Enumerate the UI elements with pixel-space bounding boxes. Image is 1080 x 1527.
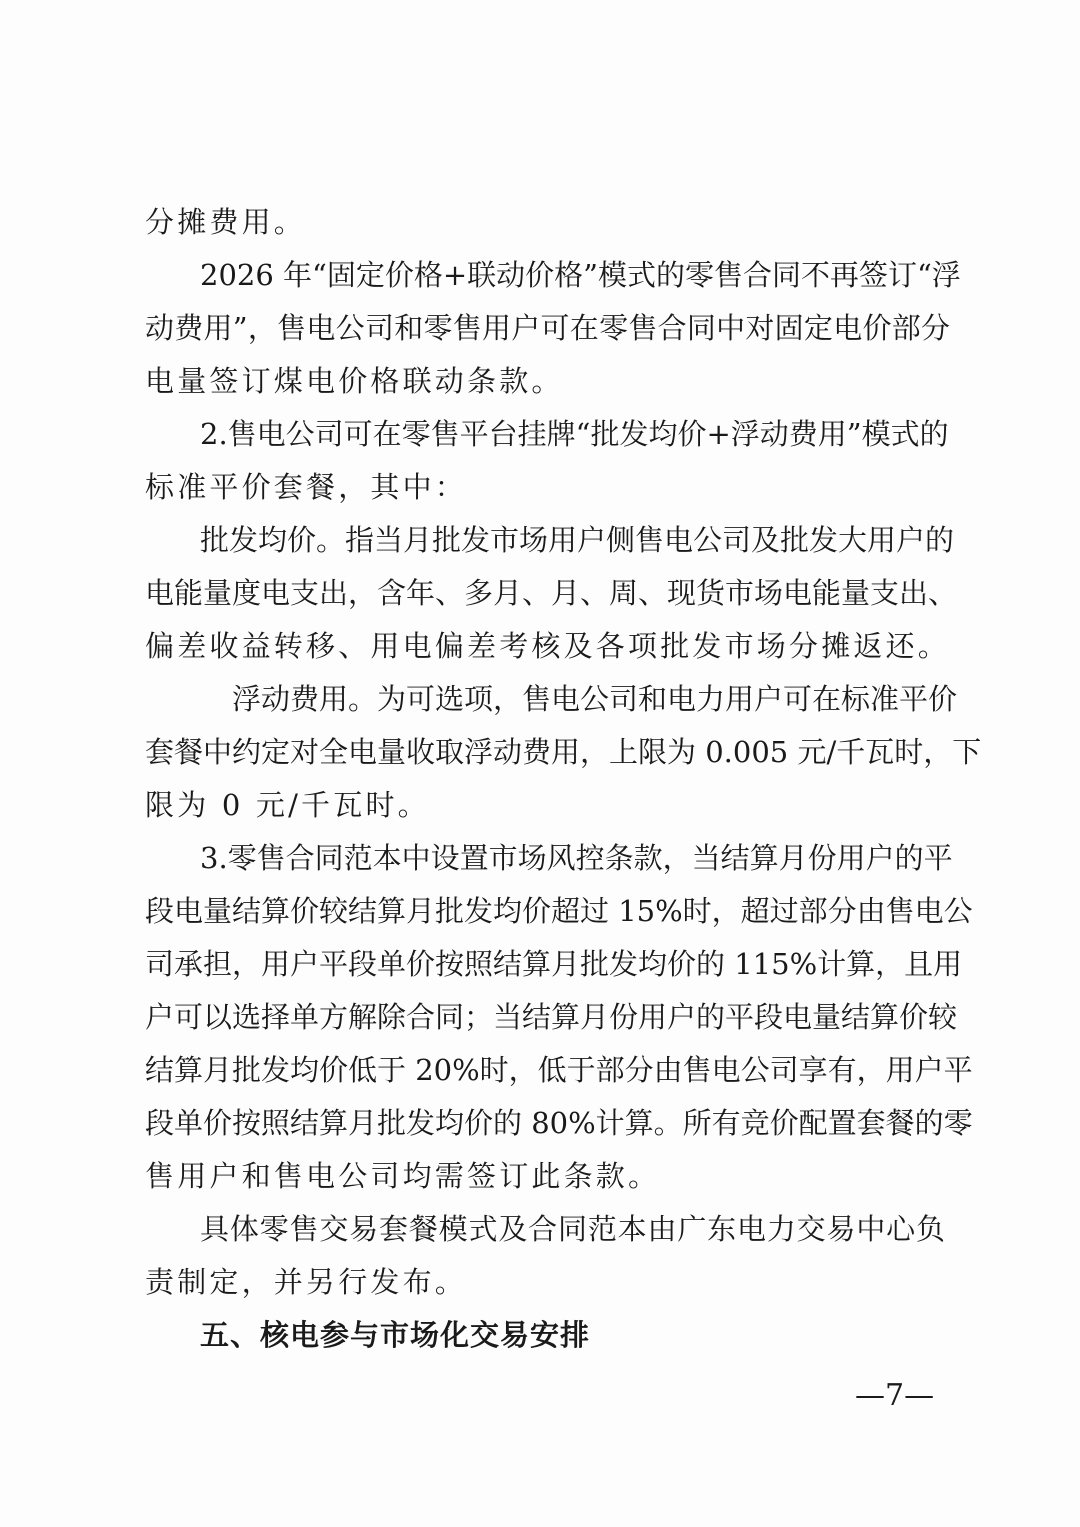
text-line: 司承担，用户平段单价按照结算月批发均价的 115%计算，且用 [145,944,950,984]
text-line: 电量签订煤电价格联动条款。 [145,361,950,401]
text-line: 售用户和售电公司均需签订此条款。 [145,1156,950,1196]
text-line: 偏差收益转移、用电偏差考核及各项批发市场分摊返还。 [145,626,950,666]
paragraph-start-line: 具体零售交易套餐模式及合同范本由广东电力交易中心负 [200,1209,945,1249]
text-line: 段单价按照结算月批发均价的 80%计算。所有竞价配置套餐的零 [145,1103,950,1143]
text-line: 标准平价套餐，其中： [145,467,950,507]
text-line: 动费用”，售电公司和零售用户可在零售合同中对固定电价部分 [145,308,950,348]
text-line: 套餐中约定对全电量收取浮动费用，上限为 0.005 元/千瓦时，下 [145,732,950,772]
text-line: 结算月批发均价低于 20%时，低于部分由售电公司享有，用户平 [145,1050,950,1090]
text-line: 责制定，并另行发布。 [145,1262,950,1302]
text-line: 分摊费用。 [145,202,950,242]
page-number: —7— [855,1378,934,1414]
paragraph-start-line: 2.售电公司可在零售平台挂牌“批发均价+浮动费用”模式的 [200,414,945,454]
text-line: 限为 0 元/千瓦时。 [145,785,950,825]
document-page: 分摊费用。 2026 年“固定价格+联动价格”模式的零售合同不再签订“浮 动费用… [0,0,1080,1527]
text-line: 户可以选择单方解除合同；当结算月份用户的平段电量结算价较 [145,997,950,1037]
paragraph-start-line: 2026 年“固定价格+联动价格”模式的零售合同不再签订“浮 [200,255,945,295]
paragraph-start-line: 3.零售合同范本中设置市场风控条款，当结算月份用户的平 [200,838,945,878]
text-line: 电能量度电支出，含年、多月、月、周、现货市场电能量支出、 [145,573,950,613]
paragraph-start-line: 批发均价。指当月批发市场用户侧售电公司及批发大用户的 [200,520,945,560]
paragraph-start-line: 浮动费用。为可选项，售电公司和电力用户可在标准平价 [232,679,945,719]
text-line: 段电量结算价较结算月批发均价超过 15%时，超过部分由售电公 [145,891,950,931]
section-heading: 五、核电参与市场化交易安排 [200,1315,590,1355]
